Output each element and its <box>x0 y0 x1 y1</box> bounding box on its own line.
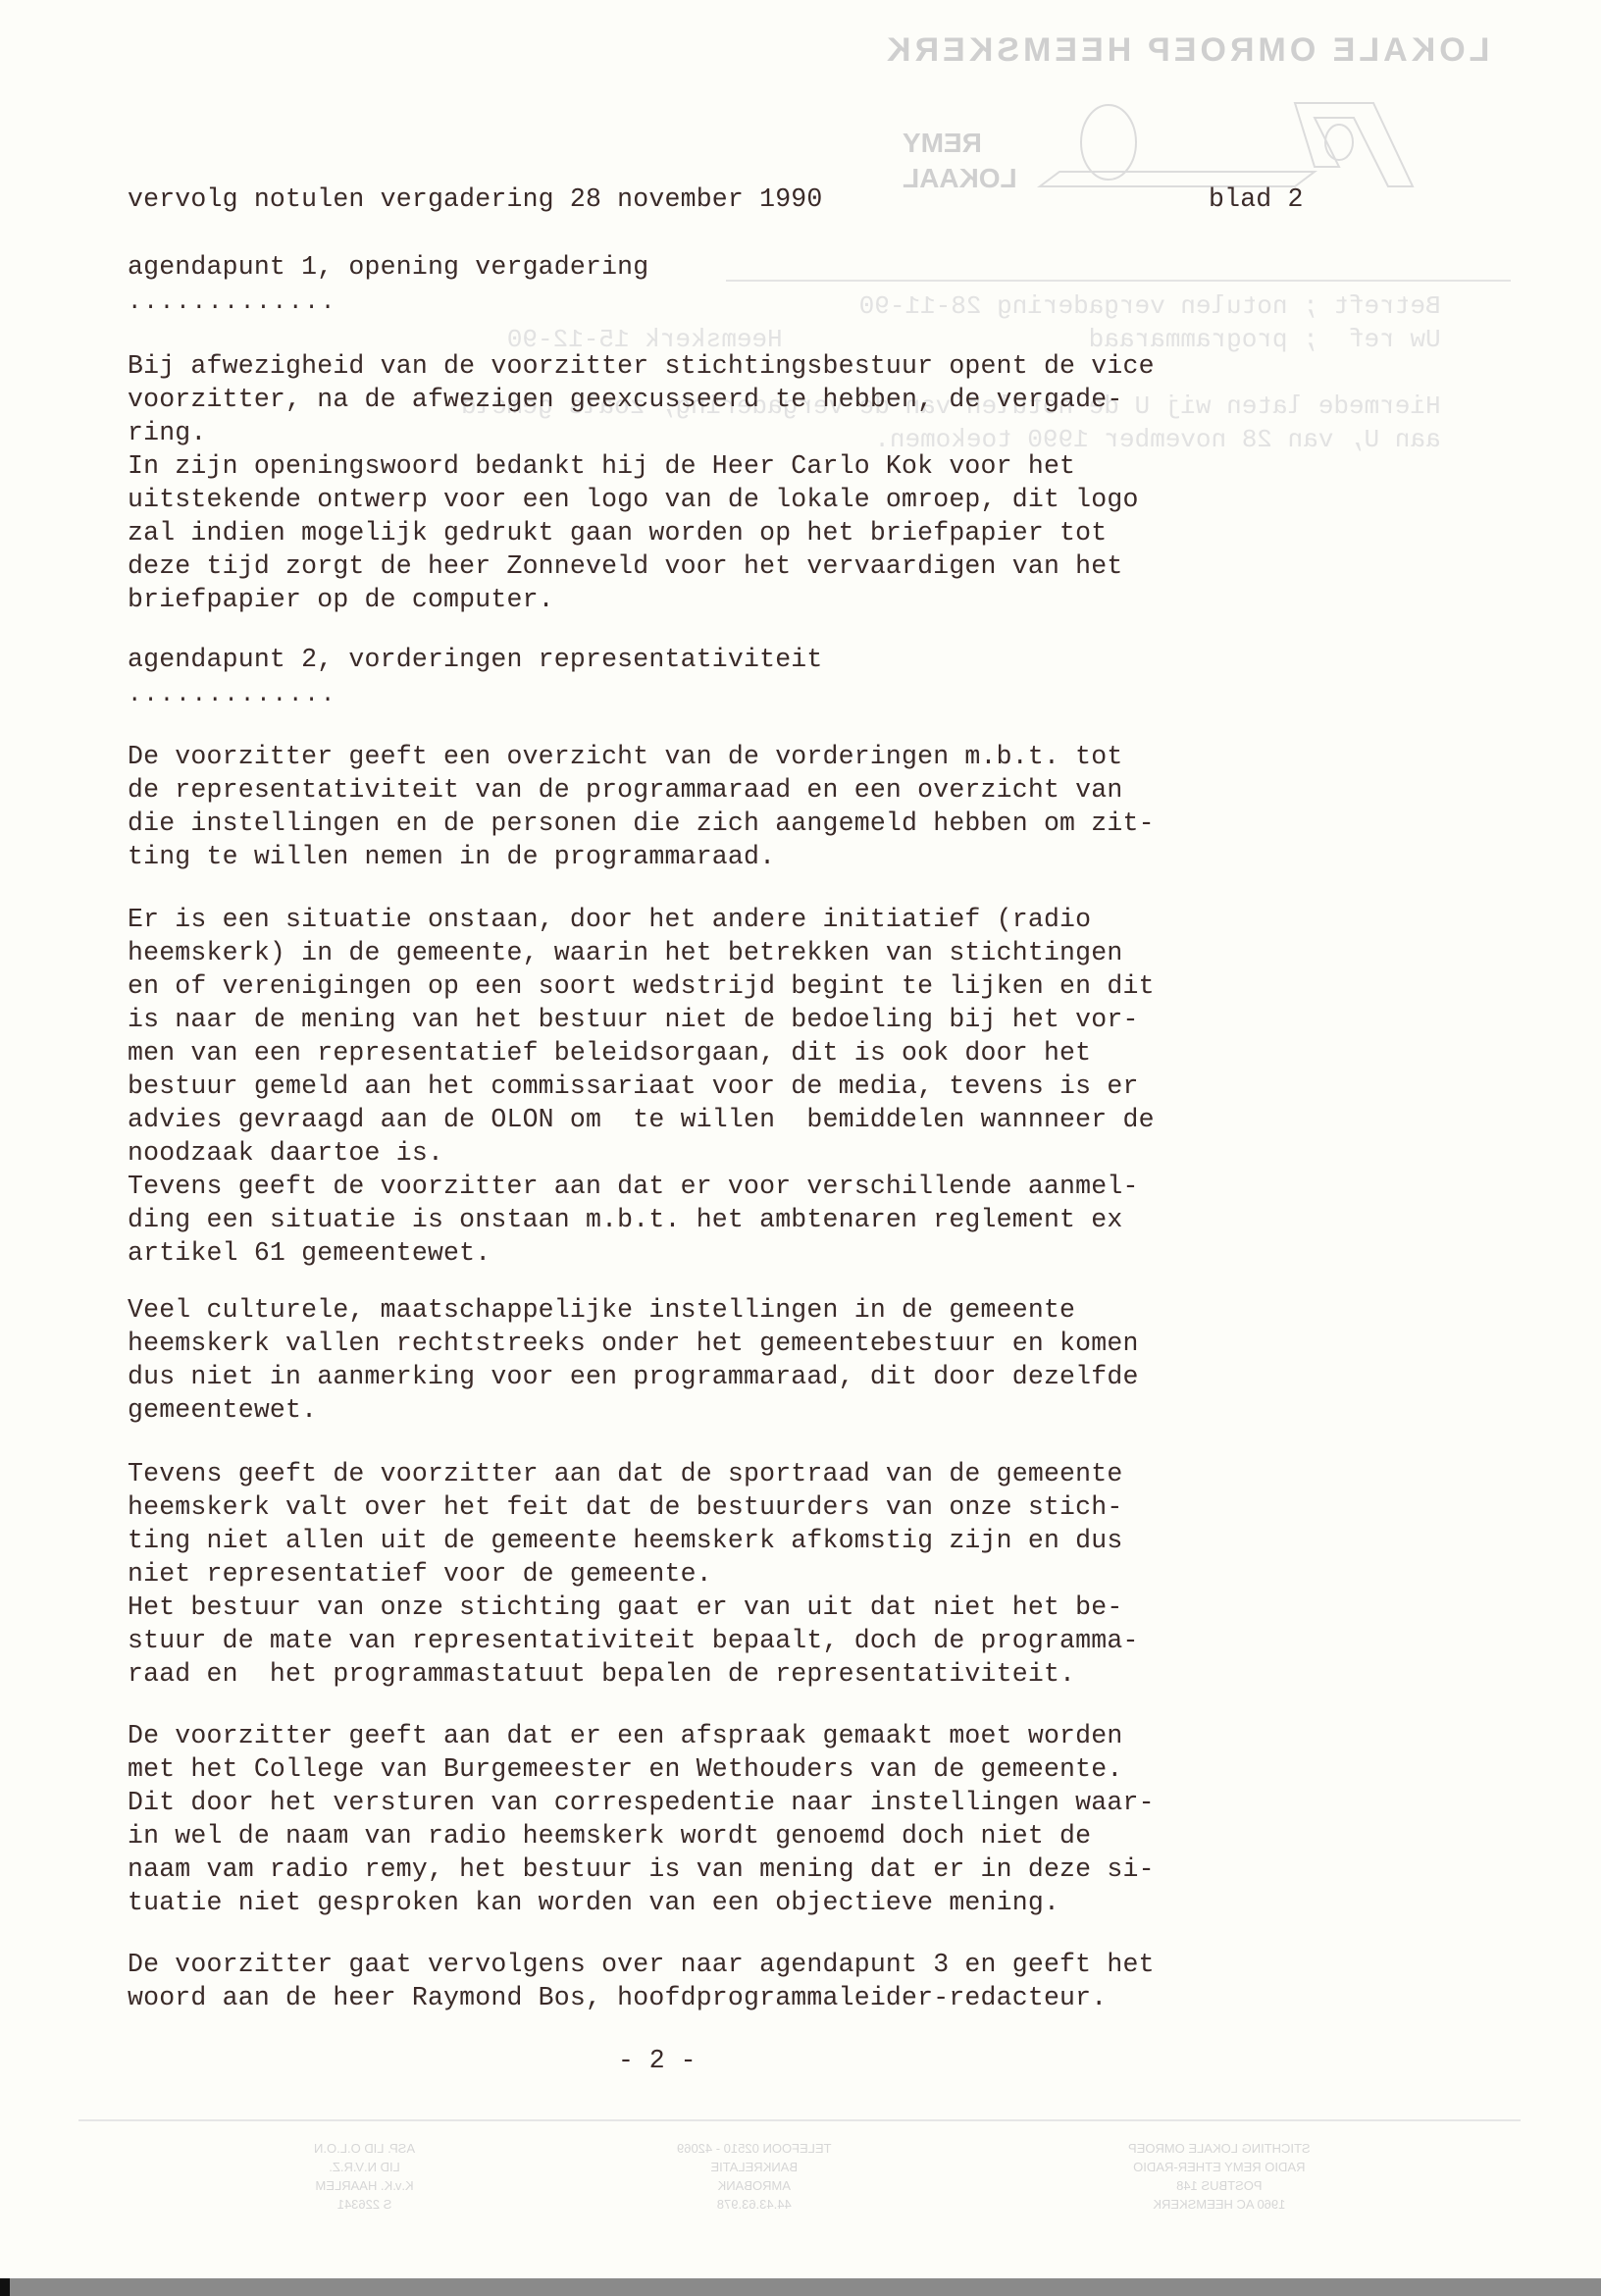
section-heading-agendapunt-1: agendapunt 1, opening vergadering <box>128 250 648 284</box>
letterhead-bleed-title: LOKALE OMROEP HEEMSKERK <box>883 31 1489 70</box>
footer-rule <box>78 2119 1521 2121</box>
scanner-edge-strip <box>0 2278 1601 2296</box>
page-number: - 2 - <box>618 2046 697 2075</box>
paragraph: De voorzitter geeft een overzicht van de… <box>128 740 1432 873</box>
letterhead-footer-col: ASP. LID O.L.O.N LID N.V.R.Z. K.v.K. HAA… <box>314 2139 415 2214</box>
paragraph: De voorzitter geeft aan dat er een afspr… <box>128 1719 1432 1919</box>
paragraph: De voorzitter gaat vervolgens over naar … <box>128 1948 1432 2014</box>
sheet-number: blad 2 <box>1209 183 1304 216</box>
heading-underline: ............. <box>128 289 336 316</box>
paragraph: Veel culturele, maatschappelijke instell… <box>128 1293 1432 1427</box>
letterhead-footer-col: TELEFOON 02510 - 42069 BANKRELATIE AMROB… <box>677 2139 832 2214</box>
paragraph: Bij afwezigheid van de voorzitter sticht… <box>128 349 1432 616</box>
heading-underline: ............. <box>128 682 336 708</box>
paragraph: Er is een situatie onstaan, door het and… <box>128 903 1432 1270</box>
paragraph: Tevens geeft de voorzitter aan dat de sp… <box>128 1457 1432 1691</box>
letterhead-rule <box>726 280 1511 282</box>
section-heading-agendapunt-2: agendapunt 2, vorderingen representativi… <box>128 643 823 676</box>
scanned-page: LOKALE OMROEP HEEMSKERK REMY LOKAAL Betr… <box>0 0 1601 2278</box>
letterhead-footer-col: STICHTING LOKALE OMROEP RADIO REMY ETHER… <box>1128 2139 1311 2214</box>
scanner-edge-mark <box>0 2278 10 2296</box>
document-title: vervolg notulen vergadering 28 november … <box>128 183 823 216</box>
